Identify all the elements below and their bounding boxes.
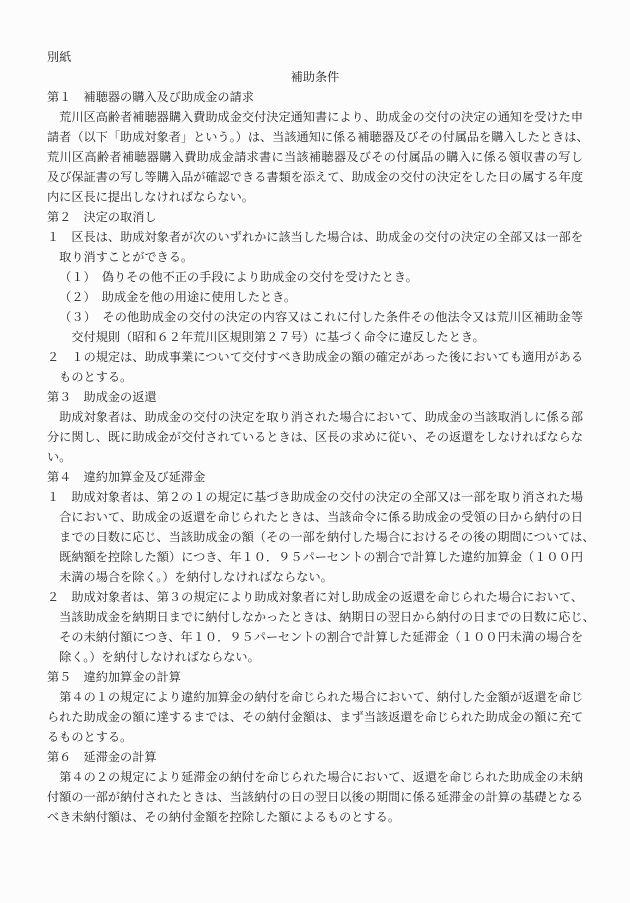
paragraph-line: 荒川区高齢者補聴器購入費助成金交付決定通知書により、助成金の交付の決定の通知を受… [47,107,583,127]
paragraph-line: 荒川区高齢者補聴器購入費助成金請求書に当該補聴器及びその付属品の購入に係る領収書… [47,147,583,167]
clause-line: 合において、助成金の返還を命じられたときは、当該命令に係る助成金の受領の日から納… [47,507,583,527]
clause-line: 取り消すことができる。 [47,247,583,267]
sub-item-line: （３） その他助成金の交付の決定の内容又はこれに付した条件その他法令又は荒川区補… [47,307,583,327]
clause-line: ２ １の規定は、助成事業について交付すべき助成金の額の確定があった後においても適… [47,347,583,367]
section-4: 第４ 違約加算金及び延滞金 １ 助成対象者は、第２の１の規定に基づき助成金の交付… [47,467,583,667]
section-2: 第２ 決定の取消し １ 区長は、助成対象者が次のいずれかに該当した場合は、助成金… [47,207,583,387]
section-6: 第６ 延滞金の計算 第４の２の規定により延滞金の納付を命じられた場合において、返… [47,747,583,827]
document-title: 補助条件 [47,67,583,87]
paragraph-line: い。 [47,447,583,467]
paragraph-line: べき未納付額は、その納付金額を控除した額によるものとする。 [47,807,583,827]
sub-item-line: 交付規則（昭和６２年荒川区規則第２７号）に基づく命令に違反したとき。 [47,327,583,347]
sub-item-line: （１） 偽りその他不正の手段により助成金の交付を受けたとき。 [47,267,583,287]
section-3: 第３ 助成金の返還 助成対象者は、助成金の交付の決定を取り消された場合において、… [47,387,583,467]
clause-line: 当該助成金を納期日までに納付しなかったときは、納期日の翌日から納付の日までの日数… [47,607,583,627]
attachment-label: 別紙 [47,47,583,67]
paragraph-line: 付額の一部が納付されたときは、当該納付の日の翌日以後の期間に係る延滞金の計算の基… [47,787,583,807]
paragraph-line: 助成対象者は、助成金の交付の決定を取り消された場合において、助成金の当該取消しに… [47,407,583,427]
section-heading: 第３ 助成金の返還 [47,387,583,407]
clause-line: 未満の場合を除く。）を納付しなければならない。 [47,567,583,587]
paragraph-line: 請者（以下「助成対象者」という。）は、当該通知に係る補聴器及びその付属品を購入し… [47,127,583,147]
clause-line: １ 助成対象者は、第２の１の規定に基づき助成金の交付の決定の全部又は一部を取り消… [47,487,583,507]
clause-line: 既納額を控除した額）につき、年１０．９５パーセントの割合で計算した違約加算金（１… [47,547,583,567]
section-heading: 第２ 決定の取消し [47,207,583,227]
section-1: 第１ 補聴器の購入及び助成金の請求 荒川区高齢者補聴器購入費助成金交付決定通知書… [47,87,583,207]
clause-line: ものとする。 [47,367,583,387]
clause-line: 除く。）を納付しなければならない。 [47,647,583,667]
section-heading: 第１ 補聴器の購入及び助成金の請求 [47,87,583,107]
paragraph-line: 及び保証書の写し等購入品が確認できる書類を添えて、助成金の交付の決定をした日の属… [47,167,583,187]
document-page: 別紙 補助条件 第１ 補聴器の購入及び助成金の請求 荒川区高齢者補聴器購入費助成… [47,47,583,827]
clause-line: ２ 助成対象者は、第３の規定により助成対象者に対し助成金の返還を命じられた場合に… [47,587,583,607]
paragraph-line: るものとする。 [47,727,583,747]
sub-item-line: （２） 助成金を他の用途に使用したとき。 [47,287,583,307]
section-heading: 第４ 違約加算金及び延滞金 [47,467,583,487]
clause-line: その未納付額につき、年１０．９５パーセントの割合で計算した延滞金（１００円未満の… [47,627,583,647]
section-heading: 第６ 延滞金の計算 [47,747,583,767]
paragraph-line: 内に区長に提出しなければならない。 [47,187,583,207]
clause-line: １ 区長は、助成対象者が次のいずれかに該当した場合は、助成金の交付の決定の全部又… [47,227,583,247]
paragraph-line: 分に関し、既に助成金が交付されているときは、区長の求めに従い、その返還をしなけれ… [47,427,583,447]
clause-line: までの日数に応じ、当該助成金の額（その一部を納付した場合におけるその後の期間につ… [47,527,583,547]
paragraph-line: られた助成金の額に達するまでは、その納付金額は、まず当該返還を命じられた助成金の… [47,707,583,727]
paragraph-line: 第４の１の規定により違約加算金の納付を命じられた場合において、納付した金額が返還… [47,687,583,707]
paragraph-line: 第４の２の規定により延滞金の納付を命じられた場合において、返還を命じられた助成金… [47,767,583,787]
section-heading: 第５ 違約加算金の計算 [47,667,583,687]
section-5: 第５ 違約加算金の計算 第４の１の規定により違約加算金の納付を命じられた場合にお… [47,667,583,747]
